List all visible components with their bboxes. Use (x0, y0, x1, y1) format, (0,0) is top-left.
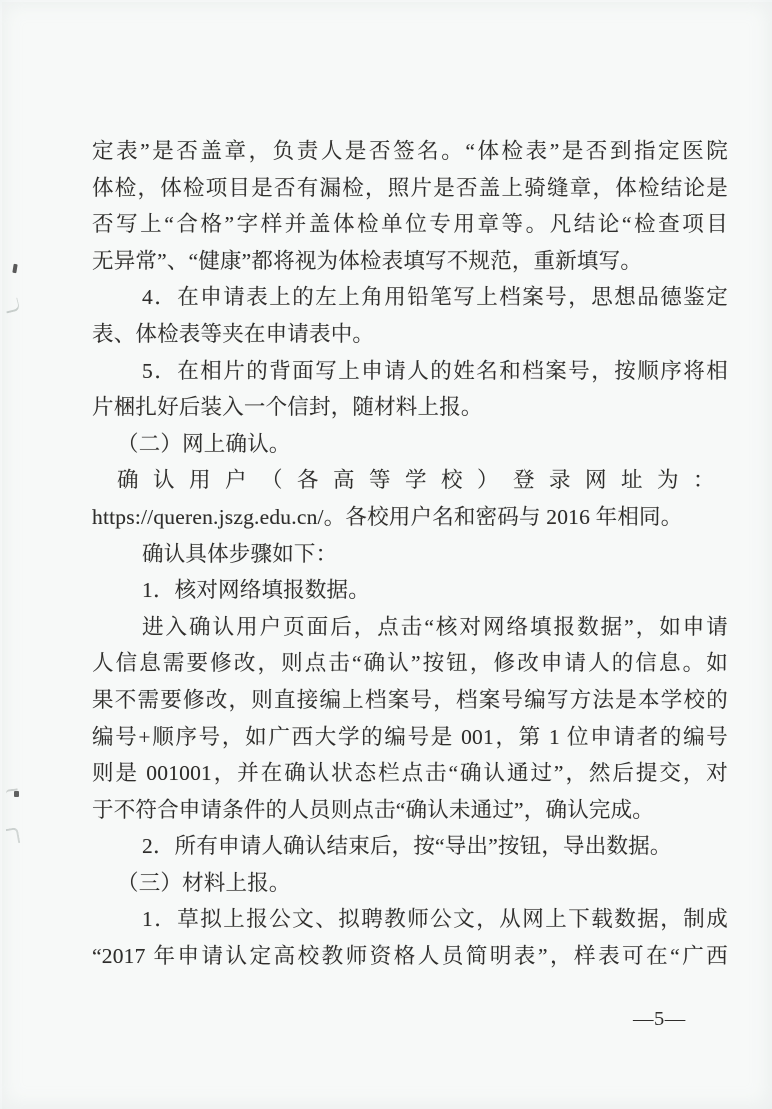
text-line: 1．草拟上报公文、拟聘教师公文，从网上下载数据，制成 (92, 901, 728, 938)
scanned-document-page: 定表”是否盖章，负责人是否签名。“体检表”是否到指定医院 体检，体检项目是否有漏… (0, 0, 772, 1109)
text-line: 无异常”、“健康”都将视为体检表填写不规范，重新填写。 (92, 243, 728, 280)
document-body: 定表”是否盖章，负责人是否签名。“体检表”是否到指定医院 体检，体检项目是否有漏… (92, 133, 728, 975)
text-line: 片梱扎好后装入一个信封，随材料上报。 (92, 389, 728, 426)
page-number: —5— (633, 1006, 686, 1032)
text-line: （二）网上确认。 (92, 426, 728, 463)
text-line: https://queren.jszg.edu.cn/。各校用户名和密码与 20… (92, 499, 728, 536)
text-line: 否写上“合格”字样并盖体检单位专用章等。凡结论“检查项目 (92, 206, 728, 243)
scan-speck-icon (4, 297, 21, 313)
text-line: 于不符合申请条件的人员则点击“确认未通过”，确认完成。 (92, 792, 728, 829)
text-line: 果不需要修改，则直接编上档案号，档案号编写方法是本学校的 (92, 682, 728, 719)
text-line: 人信息需要修改，则点击“确认”按钮，修改申请人的信息。如 (92, 645, 728, 682)
text-line: 确认用户（各高等学校）登录网址为： (92, 462, 728, 499)
scan-speck-icon (6, 827, 21, 845)
text-line: 则是 001001，并在确认状态栏点击“确认通过”，然后提交，对 (92, 755, 728, 792)
text-line: 编号+顺序号，如广西大学的编号是 001，第 1 位申请者的编号 (92, 719, 728, 756)
text-line: 确认具体步骤如下： (92, 536, 728, 573)
text-line: 1．核对网络填报数据。 (92, 572, 728, 609)
text-line: 表、体检表等夹在申请表中。 (92, 316, 728, 353)
scan-speck-icon (6, 788, 19, 798)
text-line: 进入确认用户页面后，点击“核对网络填报数据”，如申请 (92, 609, 728, 646)
text-line: 定表”是否盖章，负责人是否签名。“体检表”是否到指定医院 (92, 133, 728, 170)
text-line: 体检，体检项目是否有漏检，照片是否盖上骑缝章，体检结论是 (92, 170, 728, 207)
scan-speck-icon (14, 791, 19, 797)
text-line: 5．在相片的背面写上申请人的姓名和档案号，按顺序将相 (92, 353, 728, 390)
text-line: 4．在申请表上的左上角用铅笔写上档案号，思想品德鉴定 (92, 279, 728, 316)
text-line: “2017 年申请认定高校教师资格人员简明表”，样表可在“广西 (92, 938, 728, 975)
text-line: 2．所有申请人确认结束后，按“导出”按钮，导出数据。 (92, 828, 728, 865)
scan-speck-icon (12, 264, 17, 274)
text-line: （三）材料上报。 (92, 865, 728, 902)
